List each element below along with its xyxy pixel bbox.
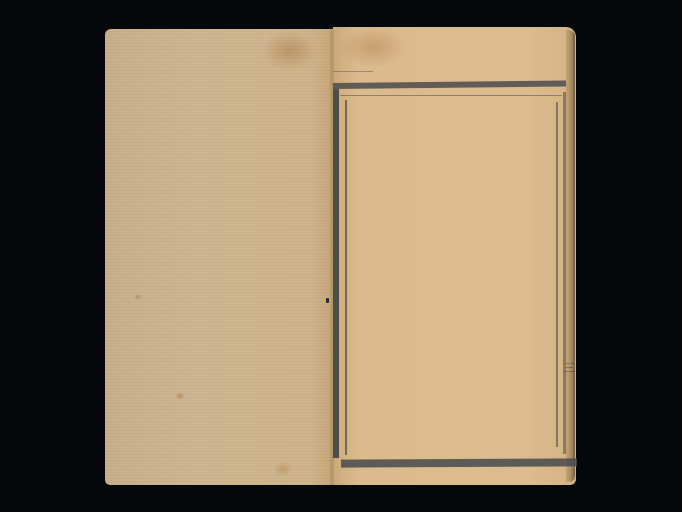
left-page bbox=[105, 29, 333, 485]
printed-frame-right-inner bbox=[556, 102, 558, 447]
faint-top-line bbox=[333, 71, 373, 72]
page-edge bbox=[566, 30, 575, 482]
printed-frame-top-inner bbox=[340, 95, 562, 96]
printed-frame-left-inner bbox=[345, 100, 347, 455]
open-book: 三 bbox=[0, 0, 682, 512]
printed-frame-left bbox=[333, 89, 339, 458]
margin-page-character: 三 bbox=[562, 362, 574, 373]
printed-frame-bottom bbox=[341, 458, 577, 467]
printed-frame-right bbox=[563, 92, 566, 454]
margin-mark bbox=[326, 298, 329, 303]
